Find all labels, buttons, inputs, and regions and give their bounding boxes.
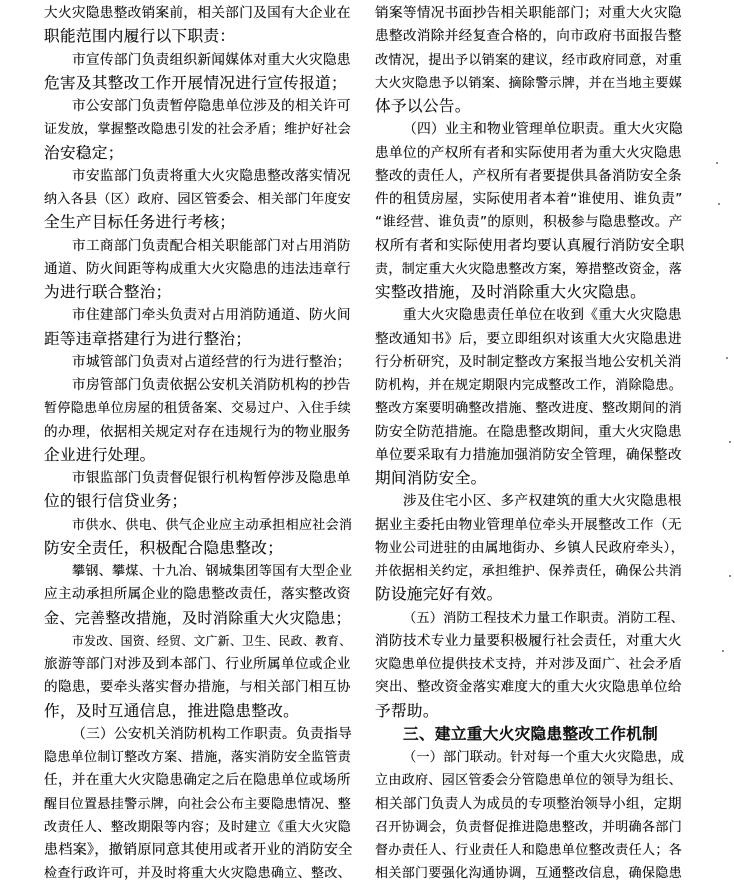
right-column: 销案等情况书面抄告相关职能部门；对重大火灾隐患整改消除并经复查合格的，向市政府书… bbox=[375, 2, 683, 886]
text-line: 市安监部门负责将重大火灾隐患整改落实情况 bbox=[44, 165, 352, 188]
text-line: 整改通知书》后，要立即组织对该重大火灾隐患进 bbox=[375, 328, 683, 351]
text-line: 旅游等部门对涉及到本部门、行业所属单位或企业 bbox=[44, 653, 352, 676]
text-line: 防安全防范措施。在隐患整改期间，重大火灾隐患 bbox=[375, 421, 683, 444]
text-line: 并依据相关约定，承担维护、保养责任，确保公共消 bbox=[375, 560, 683, 583]
text-line: 大火灾隐患整改销案前，相关部门及国有大企业在 bbox=[44, 2, 352, 25]
text-line: 灾隐患单位提供技术支持，并对涉及面广、社会矛盾 bbox=[375, 653, 683, 676]
text-line: 改责任人、整改期限等内容；及时建立《重大火灾隐 bbox=[44, 816, 352, 839]
text-line: 市宣传部门负责组织新闻媒体对重大火灾隐患 bbox=[44, 49, 352, 72]
text-line: 予帮助。 bbox=[375, 700, 683, 723]
text-line: 防设施完好有效。 bbox=[375, 583, 683, 606]
text-line: 相关部门负责人为成员的专项整治领导小组，定期 bbox=[375, 793, 683, 816]
text-line: 整改的责任人，产权所有者要提供具备消防安全条 bbox=[375, 165, 683, 188]
text-line: 整改方案要明确整改措施、整改进度、整改期间的消 bbox=[375, 397, 683, 420]
text-line: 纳入各县（区）政府、园区管委会、相关部门年度安 bbox=[44, 188, 352, 211]
text-line: 为进行联合整治； bbox=[44, 281, 352, 304]
text-line: 防安全责任，积极配合隐患整改； bbox=[44, 537, 352, 560]
text-line: 涉及住宅小区、多产权建筑的重大火灾隐患根 bbox=[375, 490, 683, 513]
text-line: 行分析研究，及时制定整改方案报当地公安机关消 bbox=[375, 351, 683, 374]
text-line: 大火灾隐患予以销案、摘除警示牌，并在当地主要媒 bbox=[375, 72, 683, 95]
text-line: 职能范围内履行以下职责： bbox=[44, 25, 352, 48]
text-line: 消防技术专业力量要积极履行社会责任，对重大火 bbox=[375, 630, 683, 653]
text-line: 件的租赁房屋，实际使用者本着“谁使用、谁负责” bbox=[375, 188, 683, 211]
document-page: 大火灾隐患整改销案前，相关部门及国有大企业在职能范围内履行以下职责：市宣传部门负… bbox=[0, 0, 734, 888]
text-line: 市供水、供电、供气企业应主动承担相应社会消 bbox=[44, 514, 352, 537]
text-line: 企业进行处理。 bbox=[44, 444, 352, 467]
text-line: 责，制定重大火灾隐患整改方案，筹措整改资金，落 bbox=[375, 258, 683, 281]
text-line: 患整改消除并经复查合格的，向市政府书面报告整 bbox=[375, 25, 683, 48]
text-line: 的办理，依据相关规定对存在违规行为的物业服务 bbox=[44, 421, 352, 444]
scan-speck bbox=[722, 650, 724, 652]
text-line: 金、完善整改措施，及时消除重大火灾隐患； bbox=[44, 607, 352, 630]
text-line: 市工商部门负责配合相关职能部门对占用消防 bbox=[44, 235, 352, 258]
section-heading-line: 三、建立重大火灾隐患整改工作机制 bbox=[375, 723, 683, 746]
text-line: 距等违章搭建行为进行整治； bbox=[44, 328, 352, 351]
text-line: 醒目位置悬挂警示牌，向社会公布主要隐患情况、整 bbox=[44, 793, 352, 816]
text-line: 召开协调会，负责督促推进隐患整改，并明确各部门 bbox=[375, 816, 683, 839]
text-line: 市发改、国资、经贸、文广新、卫生、民政、教育、 bbox=[44, 630, 352, 653]
text-line: 危害及其整改工作开展情况进行宣传报道； bbox=[44, 72, 352, 95]
text-line: 检查行政许可，并及时将重大火灾隐患确立、整改、 bbox=[44, 862, 352, 885]
text-line: 患单位的产权所有者和实际使用者为重大火灾隐患 bbox=[375, 142, 683, 165]
text-line: 作，及时互通信息，推进隐患整改。 bbox=[44, 700, 352, 723]
left-column: 大火灾隐患整改销案前，相关部门及国有大企业在职能范围内履行以下职责：市宣传部门负… bbox=[44, 2, 352, 886]
text-line: 位的银行信贷业务； bbox=[44, 490, 352, 513]
text-line: 患档案》，撤销原同意其使用或者开业的消防安全 bbox=[44, 839, 352, 862]
text-line: 相关部门要强化沟通协调，互通整改信息，确保隐患 bbox=[375, 862, 683, 885]
text-line: 物业公司进驻的由属地街办、乡镇人民政府牵头）， bbox=[375, 537, 683, 560]
text-line: 的隐患，要牵头落实督办措施，与相关部门相互协 bbox=[44, 676, 352, 699]
text-line: 暂停隐患单位房屋的租赁备案、交易过户、入住手续 bbox=[44, 397, 352, 420]
text-line: 市公安部门负责暂停隐患单位涉及的相关许可 bbox=[44, 95, 352, 118]
text-line: 期间消防安全。 bbox=[375, 467, 683, 490]
text-line: 权所有者和实际使用者均要认真履行消防安全职 bbox=[375, 235, 683, 258]
text-line: 任，并在重大火灾隐患确定之后在隐患单位或场所 bbox=[44, 769, 352, 792]
text-line: 治安稳定； bbox=[44, 142, 352, 165]
text-line: 市房管部门负责依据公安机关消防机构的抄告 bbox=[44, 374, 352, 397]
section-heading-line: （五）消防工程技术力量工作职责。消防工程、 bbox=[375, 607, 683, 630]
text-line: 重大火灾隐患责任单位在收到《重大火灾隐患 bbox=[375, 304, 683, 327]
scan-speck bbox=[716, 162, 718, 164]
scan-speck bbox=[729, 575, 731, 577]
scan-speck bbox=[718, 203, 720, 205]
section-heading-line: （四）业主和物业管理单位职责。重大火灾隐 bbox=[375, 118, 683, 141]
text-line: 实整改措施，及时消除重大火灾隐患。 bbox=[375, 281, 683, 304]
text-line: 单位要采取有力措施加强消防安全管理，确保整改 bbox=[375, 444, 683, 467]
text-line: 改情况，提出予以销案的建议，经市政府同意，对重 bbox=[375, 49, 683, 72]
text-line: “谁经营、谁负责”的原则，积极参与隐患整改。产 bbox=[375, 211, 683, 234]
text-line: 立由政府、园区管委会分管隐患单位的领导为组长、 bbox=[375, 769, 683, 792]
scan-speck bbox=[729, 441, 731, 443]
scan-speck bbox=[726, 357, 728, 359]
text-line: 攀钢、攀煤、十九冶、钢城集团等国有大型企业 bbox=[44, 560, 352, 583]
text-line: 全生产目标任务进行考核； bbox=[44, 211, 352, 234]
text-line: 隐患单位制订整改方案、措施，落实消防安全监管责 bbox=[44, 746, 352, 769]
text-line: 防机构，并在规定期限内完成整改工作，消除隐患。 bbox=[375, 374, 683, 397]
text-line: 突出、整改资金落实难度大的重大火灾隐患单位给 bbox=[375, 676, 683, 699]
text-line: 销案等情况书面抄告相关职能部门；对重大火灾隐 bbox=[375, 2, 683, 25]
text-line: 市住建部门牵头负责对占用消防通道、防火间 bbox=[44, 304, 352, 327]
text-line: 据业主委托由物业管理单位牵头开展整改工作（无 bbox=[375, 514, 683, 537]
text-line: 证发放，掌握整改隐患引发的社会矛盾；维护好社会 bbox=[44, 118, 352, 141]
text-line: 应主动承担所属企业的隐患整改责任，落实整改资 bbox=[44, 583, 352, 606]
text-line: 通道、防火间距等构成重大火灾隐患的违法违章行 bbox=[44, 258, 352, 281]
text-line: 市银监部门负责督促银行机构暂停涉及隐患单 bbox=[44, 467, 352, 490]
section-heading-line: （三）公安机关消防机构工作职责。负责指导 bbox=[44, 723, 352, 746]
text-line: 督办责任人、行业责任人和隐患单位整改责任人；各 bbox=[375, 839, 683, 862]
section-heading-line: （一）部门联动。针对每一个重大火灾隐患，成 bbox=[375, 746, 683, 769]
text-line: 体予以公告。 bbox=[375, 95, 683, 118]
text-line: 市城管部门负责对占道经营的行为进行整治； bbox=[44, 351, 352, 374]
